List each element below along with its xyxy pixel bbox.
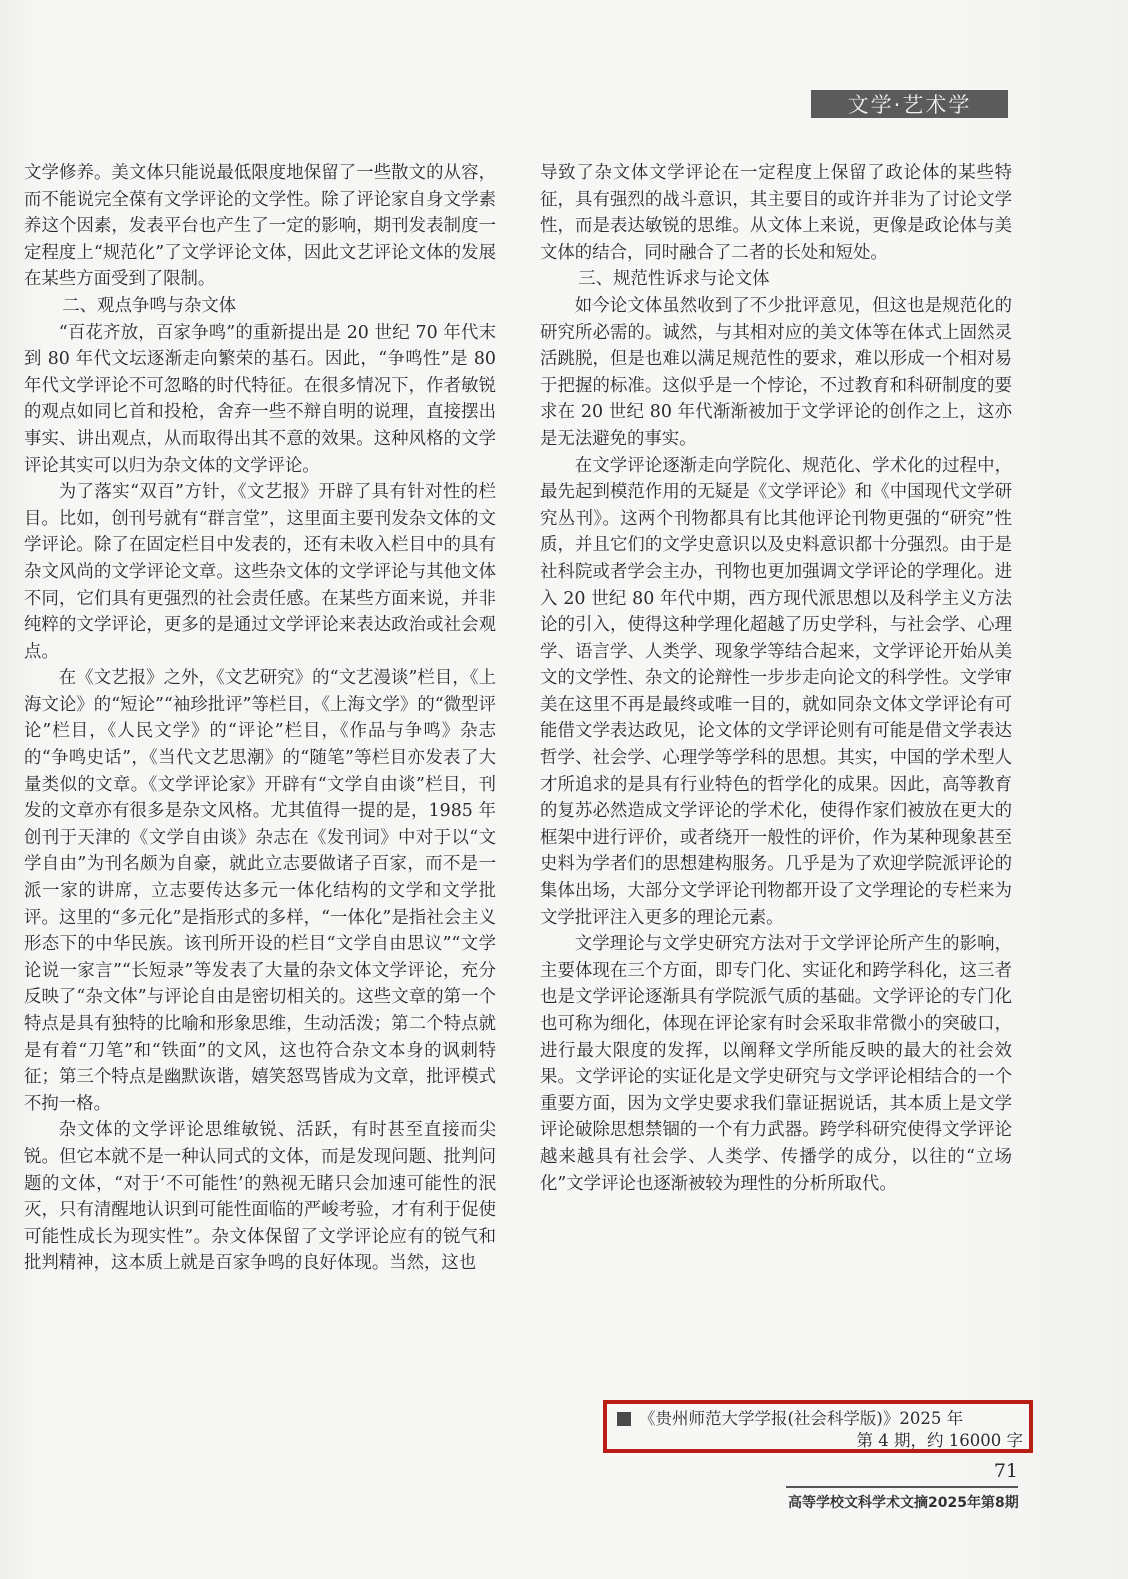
paragraph: 文学理论与文学史研究方法对于文学评论所产生的影响，主要体现在三个方面，即专门化、…	[540, 931, 1012, 1197]
paragraph: 在文学评论逐渐走向学院化、规范化、学术化的过程中，最先起到模范作用的无疑是《文学…	[540, 453, 1012, 932]
source-citation-line1: 《贵州师范大学学报(社会科学版)》2025 年	[639, 1408, 963, 1430]
source-citation-line2: 第 4 期，约 16000 字	[617, 1430, 1023, 1452]
paragraph: 杂文体的文学评论思维敏锐、活跃，有时甚至直接而尖锐。但它本就不是一种认同式的文体…	[24, 1117, 496, 1277]
left-column: 文学修养。美文体只能说最低限度地保留了一些散文的从容，而不能说完全葆有文学评论的…	[24, 160, 496, 1277]
section-heading: 二、观点争鸣与杂文体	[24, 293, 496, 320]
section-label: 文学·艺术学	[811, 90, 1008, 118]
source-citation-box: 《贵州师范大学学报(社会科学版)》2025 年 第 4 期，约 16000 字	[603, 1400, 1033, 1453]
journal-issue-footer: 高等学校文科学术文摘2025年第8期	[788, 1492, 1019, 1512]
paragraph: 文学修养。美文体只能说最低限度地保留了一些散文的从容，而不能说完全葆有文学评论的…	[24, 160, 496, 293]
page-number: 71	[994, 1460, 1018, 1482]
paragraph: 导致了杂文体文学评论在一定程度上保留了政论体的某些特征，具有强烈的战斗意识，其主…	[540, 160, 1012, 266]
footer-divider	[786, 1486, 1018, 1488]
right-column: 导致了杂文体文学评论在一定程度上保留了政论体的某些特征，具有强烈的战斗意识，其主…	[540, 160, 1012, 1197]
section-heading: 三、规范性诉求与论文体	[540, 266, 1012, 293]
paragraph: 如今论文体虽然收到了不少批评意见，但这也是规范化的研究所必需的。诚然，与其相对应…	[540, 293, 1012, 453]
paragraph: 在《文艺报》之外，《文艺研究》的“文艺漫谈”栏目，《上海文论》的“短论”“袖珍批…	[24, 665, 496, 1117]
paragraph: “百花齐放，百家争鸣”的重新提出是 20 世纪 70 年代末到 80 年代文坛逐…	[24, 320, 496, 480]
square-bullet-icon	[617, 1412, 631, 1426]
paragraph: 为了落实“双百”方针，《文艺报》开辟了具有针对性的栏目。比如，创刊号就有“群言堂…	[24, 479, 496, 665]
